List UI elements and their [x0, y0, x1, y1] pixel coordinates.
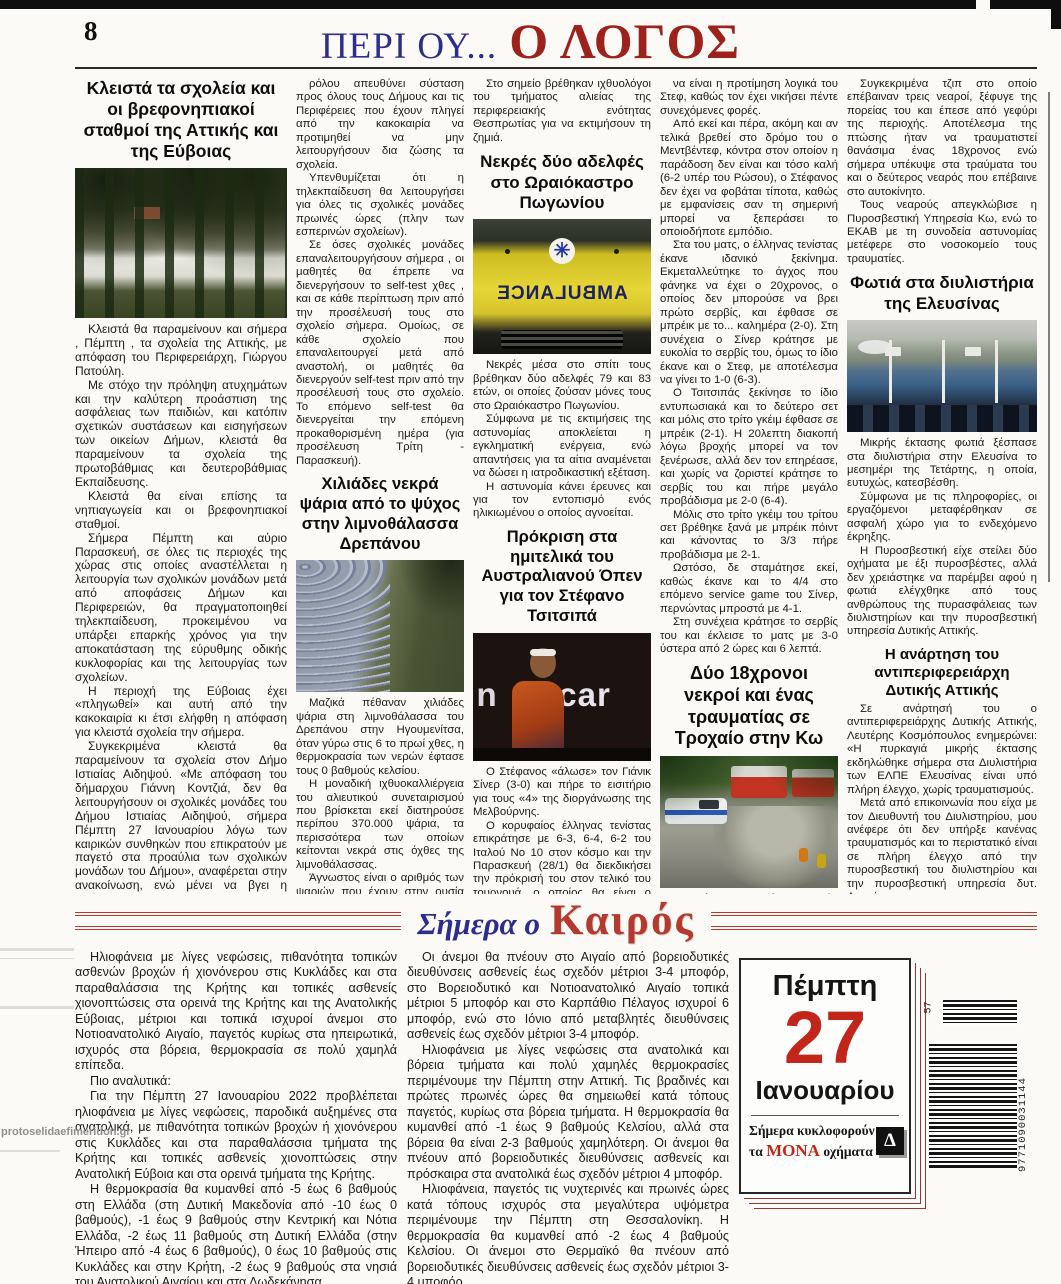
weather-rule-right: [711, 912, 1037, 930]
note-ta: τα: [749, 1144, 766, 1159]
mast-shape: [889, 340, 892, 403]
pier-shape: [847, 405, 1037, 432]
player-shirt-shape: [512, 681, 564, 751]
dead-fish-photo: [296, 560, 464, 692]
scan-top-bar: [0, 0, 1061, 9]
hood-dot: [505, 249, 510, 254]
weather-column-1: Ηλιοφάνεια με λίγες νεφώσεις, πιθανότητα…: [75, 950, 397, 1284]
headline-fish: Χιλιάδες νεκρά ψάρια από το ψύχος στην λ…: [298, 475, 462, 554]
article-post: Η ανάρτηση του αντιπεριφερειάρχη Δυτικής…: [847, 646, 1037, 894]
paragraph: Σύμφωνα με τις πληροφορίες, οι εργαζόμεν…: [847, 491, 1037, 545]
paragraph: Η μοναδική ιχθυοκαλλιέργεια του αλιευτικ…: [296, 778, 464, 872]
paragraph: Από εκεί και πέρα, ακόμη και αν τελικά β…: [660, 118, 838, 239]
tsitsipas-photo: n tercar: [473, 633, 651, 761]
weather-right-area: Πέμπτη 27 Ιανουαρίου Σήμερα κυκλοφορούν …: [739, 950, 1037, 1250]
foliage-shape: [660, 756, 838, 888]
article-fish-continued: Στο σημείο βρέθηκαν ιχθυολόγοι του τμήμα…: [473, 78, 651, 145]
article-fish: Χιλιάδες νεκρά ψάρια από το ψύχος στην λ…: [296, 475, 464, 894]
paragraph: Ηλιοφάνεια με λίγες νεφώσεις στα ανατολι…: [407, 1043, 729, 1182]
paragraph: ρόλου απευθύνει σύσταση προς όλους τους …: [296, 78, 464, 172]
paragraph: Συγκεκριμένα τζιπ στο οποίο επέβαιναν τρ…: [847, 78, 1037, 199]
tear-off-calendar: Πέμπτη 27 Ιανουαρίου Σήμερα κυκλοφορούν …: [739, 958, 911, 1194]
fish-pile-shape: [296, 560, 390, 692]
scan-streak: [0, 958, 74, 959]
article-sisters-body: Νεκρές μέσα στο σπίτι τους βρέθηκαν δύο …: [473, 359, 651, 520]
article-fire: Φωτιά στα διυλιστήρια της Ελευσίνας Μικρ…: [847, 273, 1037, 639]
daktylios-icon: Δ: [876, 1127, 904, 1155]
calendar-month: Ιανουαρίου: [741, 1075, 909, 1106]
paragraph: Η περιοχή της Εύβοιας έχει «πληγωθεί» κα…: [75, 685, 287, 741]
barcode-area: 57 9771090031144: [921, 986, 1031, 1226]
grille-shape: [501, 330, 622, 349]
odd-plates-note: Σήμερα κυκλοφορούν τα ΜΟΝΑ οχήματα Δ: [741, 1123, 909, 1161]
scan-top-bar-notch: [976, 0, 990, 9]
paragraph: Ο Τσιτσιπάς ξεκίνησε το ίδιο εντυπωσιακά…: [660, 387, 838, 508]
paragraph: Με στόχο την πρόληψη ατυχημάτων και την …: [75, 379, 287, 490]
note-post: οχήματα: [820, 1144, 873, 1159]
gate-bars-shape: [75, 168, 287, 318]
article-tsitsipas-continued: να είναι η προτίμηση λογικά του Στεφ, κα…: [660, 78, 838, 656]
column-5: Συγκεκριμένα τζιπ στο οποίο επέβαιναν τρ…: [847, 78, 1037, 894]
crash-scene-photo: [660, 756, 838, 888]
column-3: Στο σημείο βρέθηκαν ιχθυολόγοι του τμήμα…: [473, 78, 651, 894]
paragraph: Σε όσες σχολικές μονάδες επαναλειτουργήσ…: [296, 239, 464, 468]
barcode-small: [943, 1000, 1017, 1026]
weather-title-red: Καιρός: [550, 897, 695, 944]
scan-streak: [0, 1006, 74, 1009]
article-sisters: Νεκρές δύο αδελφές στο Ωραιόκαστρο Πωγων…: [473, 152, 651, 521]
article-kos: Δύο 18χρονοι νεκροί και ένας τραυματίας …: [660, 663, 838, 894]
paragraph: Νεκρές μέσα στο σπίτι τους βρέθηκαν δύο …: [473, 359, 651, 413]
headline-kos: Δύο 18χρονοι νεκροί και ένας τραυματίας …: [662, 663, 836, 749]
paragraph: Ο Στέφανος «άλωσε» τον Γιάνικ Σίνερ (3-0…: [473, 766, 651, 820]
court-floor-shape: [473, 748, 651, 761]
scan-streak: [0, 1150, 60, 1152]
paragraph: Η Πυροσβεστική είχε στείλει δύο οχήματα …: [847, 545, 1037, 639]
article-post-body: Σε ανάρτησή του ο αντιπεριφερειάρχης Δυτ…: [847, 703, 1037, 894]
headband-shape: [530, 649, 556, 656]
headline-sisters: Νεκρές δύο αδελφές στο Ωραιόκαστρο Πωγων…: [475, 152, 649, 213]
paragraph: Στη συνέχεια κράτησε το σερβίς του και έ…: [660, 616, 838, 656]
paragraph: Οι άνεμοι θα πνέουν στο Αιγαίο από βορει…: [407, 950, 729, 1043]
paragraph: Μετά από επικοινωνία που είχα με τον Διε…: [847, 797, 1037, 894]
site-watermark: protoselidaefimeridon.gr: [1, 1126, 131, 1138]
refinery-photo: [847, 320, 1037, 432]
article-schools-continued: ρόλου απευθύνει σύσταση προς όλους τους …: [296, 78, 464, 468]
article-schools-body: Κλειστά θα παραμείνουν και σήμερα , Πέμπ…: [75, 323, 287, 894]
scan-edge-line: [1048, 92, 1050, 582]
column-2: ρόλου απευθύνει σύσταση προς όλους τους …: [296, 78, 464, 894]
weather-title-blue: Σήμερα ο: [417, 906, 540, 941]
ambulance-mirrored-text: AMBULANCE: [473, 283, 651, 305]
hood-dot: [614, 249, 619, 254]
paragraph: Ηλιοφάνεια, παγετός τις νυχτερινές και π…: [407, 1182, 729, 1284]
paragraph: Μικρής έκτασης φωτιά ξέσπασε στα διυλιστ…: [847, 437, 1037, 491]
paragraph: να είναι η προτίμηση λογικά του Στεφ, κα…: [660, 78, 838, 118]
paragraph: Πιο αναλυτικά:: [75, 1074, 397, 1089]
calendar-day-number: 27: [741, 1003, 909, 1073]
article-fish-body: Μαζικά πέθαναν χιλιάδες ψάρια στη λιμνοθ…: [296, 697, 464, 894]
weather-column-2: Οι άνεμοι θα πνέουν στο Αιγαίο από βορει…: [407, 950, 729, 1284]
paragraph: Ωστόσο, δε σταμάτησε εκεί, καθώς έκανε κ…: [660, 562, 838, 616]
paragraph: Σήμερα Πέμπτη και αύριο Παρασκευή, σε όλ…: [75, 532, 287, 685]
scan-streak: [0, 948, 74, 951]
article-columns: Κλειστά τα σχολεία και οι βρεφονηπιακοί …: [75, 78, 1037, 894]
tank-shape: [885, 347, 901, 356]
newspaper-page: 8 ΠΕΡΙ ΟΥ...Ο ΛΟΓΟΣ Κλειστά τα σχολεία κ…: [0, 0, 1061, 1284]
paragraph: Ο κορυφαίος έλληνας τενίστας επικράτησε …: [473, 820, 651, 894]
water-shade-shape: [397, 560, 464, 619]
column-4: να είναι η προτίμηση λογικά του Στεφ, κα…: [660, 78, 838, 894]
paragraph: Σε ανάρτησή του ο αντιπεριφερειάρχης Δυτ…: [847, 703, 1037, 797]
paragraph: Στα του ματς, ο έλληνας τενίστας έκανε ι…: [660, 239, 838, 387]
headline-fire: Φωτιά στα διυλιστήρια της Ελευσίνας: [849, 273, 1035, 314]
paragraph: Η θερμοκρασία θα κυμανθεί από -5 έως 6 β…: [75, 1182, 397, 1284]
headline-schools: Κλειστά τα σχολεία και οι βρεφονηπιακοί …: [77, 78, 285, 162]
paragraph: Τους νεαρούς απεγκλώβισε η Πυροσβεστική …: [847, 199, 1037, 266]
ambulance-photo: ✳ AMBULANCE: [473, 219, 651, 354]
barcode-main: [929, 1044, 1017, 1168]
school-gate-photo: [75, 168, 287, 318]
article-tsitsipas-body: Ο Στέφανος «άλωσε» τον Γιάνικ Σίνερ (3-0…: [473, 766, 651, 894]
section-masthead: ΠΕΡΙ ΟΥ...Ο ΛΟΓΟΣ: [0, 12, 1061, 70]
paragraph: Τροχαίο με θύματα δύο 18χρονους, μαθητές…: [660, 893, 838, 894]
paragraph: Μαζικά πέθαναν χιλιάδες ψάρια στη λιμνοθ…: [296, 697, 464, 778]
barcode-number: 9771090031144: [1017, 1042, 1029, 1172]
star-of-life-icon: ✳: [549, 238, 575, 264]
note-line1: Σήμερα κυκλοφορούν: [749, 1123, 875, 1138]
masthead-o-logos: Ο ΛΟΓΟΣ: [509, 13, 740, 69]
mast-shape: [995, 340, 998, 403]
paragraph: Ηλιοφάνεια με λίγες νεφώσεις, πιθανότητα…: [75, 950, 397, 1074]
weather-rule-left: [75, 912, 401, 930]
weather-title: Σήμερα οΚαιρός: [417, 896, 694, 945]
paragraph: Η αστυνομία κάνει έρευνες και για τον εν…: [473, 481, 651, 521]
barcode-top-number: 57: [924, 1001, 935, 1013]
weather-section-header: Σήμερα οΚαιρός: [75, 896, 1037, 945]
note-mona: ΜΟΝΑ: [766, 1141, 820, 1160]
weather-section-body: Ηλιοφάνεια με λίγες νεφώσεις, πιθανότητα…: [75, 950, 1037, 1284]
article-kos-body: Τροχαίο με θύματα δύο 18χρονους, μαθητές…: [660, 893, 838, 894]
article-tsitsipas: Πρόκριση στα ημιτελικά του Αυστραλιανού …: [473, 528, 651, 894]
paragraph: Υπενθυμίζεται ότι η τηλεκπαίδευση θα λει…: [296, 172, 464, 239]
paragraph: Συγκεκριμένα κλειστά θα παραμείνουν τα σ…: [75, 740, 287, 894]
headline-post: Η ανάρτηση του αντιπεριφερειάρχη Δυτικής…: [849, 646, 1035, 700]
paragraph: Άγνωστος είναι ο αριθμός των ψαριών που …: [296, 872, 464, 894]
article-fire-body: Μικρής έκτασης φωτιά ξέσπασε στα διυλιστ…: [847, 437, 1037, 639]
paragraph: Σύμφωνα με τις εκτιμήσεις της αστυνομίας…: [473, 413, 651, 480]
headline-tsitsipas: Πρόκριση στα ημιτελικά του Αυστραλιανού …: [475, 528, 649, 627]
article-kos-continued: Συγκεκριμένα τζιπ στο οποίο επέβαιναν τρ…: [847, 78, 1037, 266]
mast-shape: [942, 340, 945, 403]
paragraph: Στο σημείο βρέθηκαν ιχθυολόγοι του τμήμα…: [473, 78, 651, 145]
paragraph: Μόλις στο τρίτο γκέιμ του τρίτου σετ βρέ…: [660, 509, 838, 563]
calendar-divider: [751, 1115, 899, 1116]
tank-shape: [965, 347, 981, 356]
paragraph: Κλειστά θα είναι επίσης τα νηπιαγωγεία κ…: [75, 490, 287, 532]
column-1: Κλειστά τα σχολεία και οι βρεφονηπιακοί …: [75, 78, 287, 894]
article-schools: Κλειστά τα σχολεία και οι βρεφονηπιακοί …: [75, 78, 287, 894]
paragraph: Κλειστά θα παραμείνουν και σήμερα , Πέμπ…: [75, 323, 287, 379]
masthead-peri-ou: ΠΕΡΙ ΟΥ...: [321, 26, 497, 67]
masthead-rule: [75, 67, 1037, 69]
